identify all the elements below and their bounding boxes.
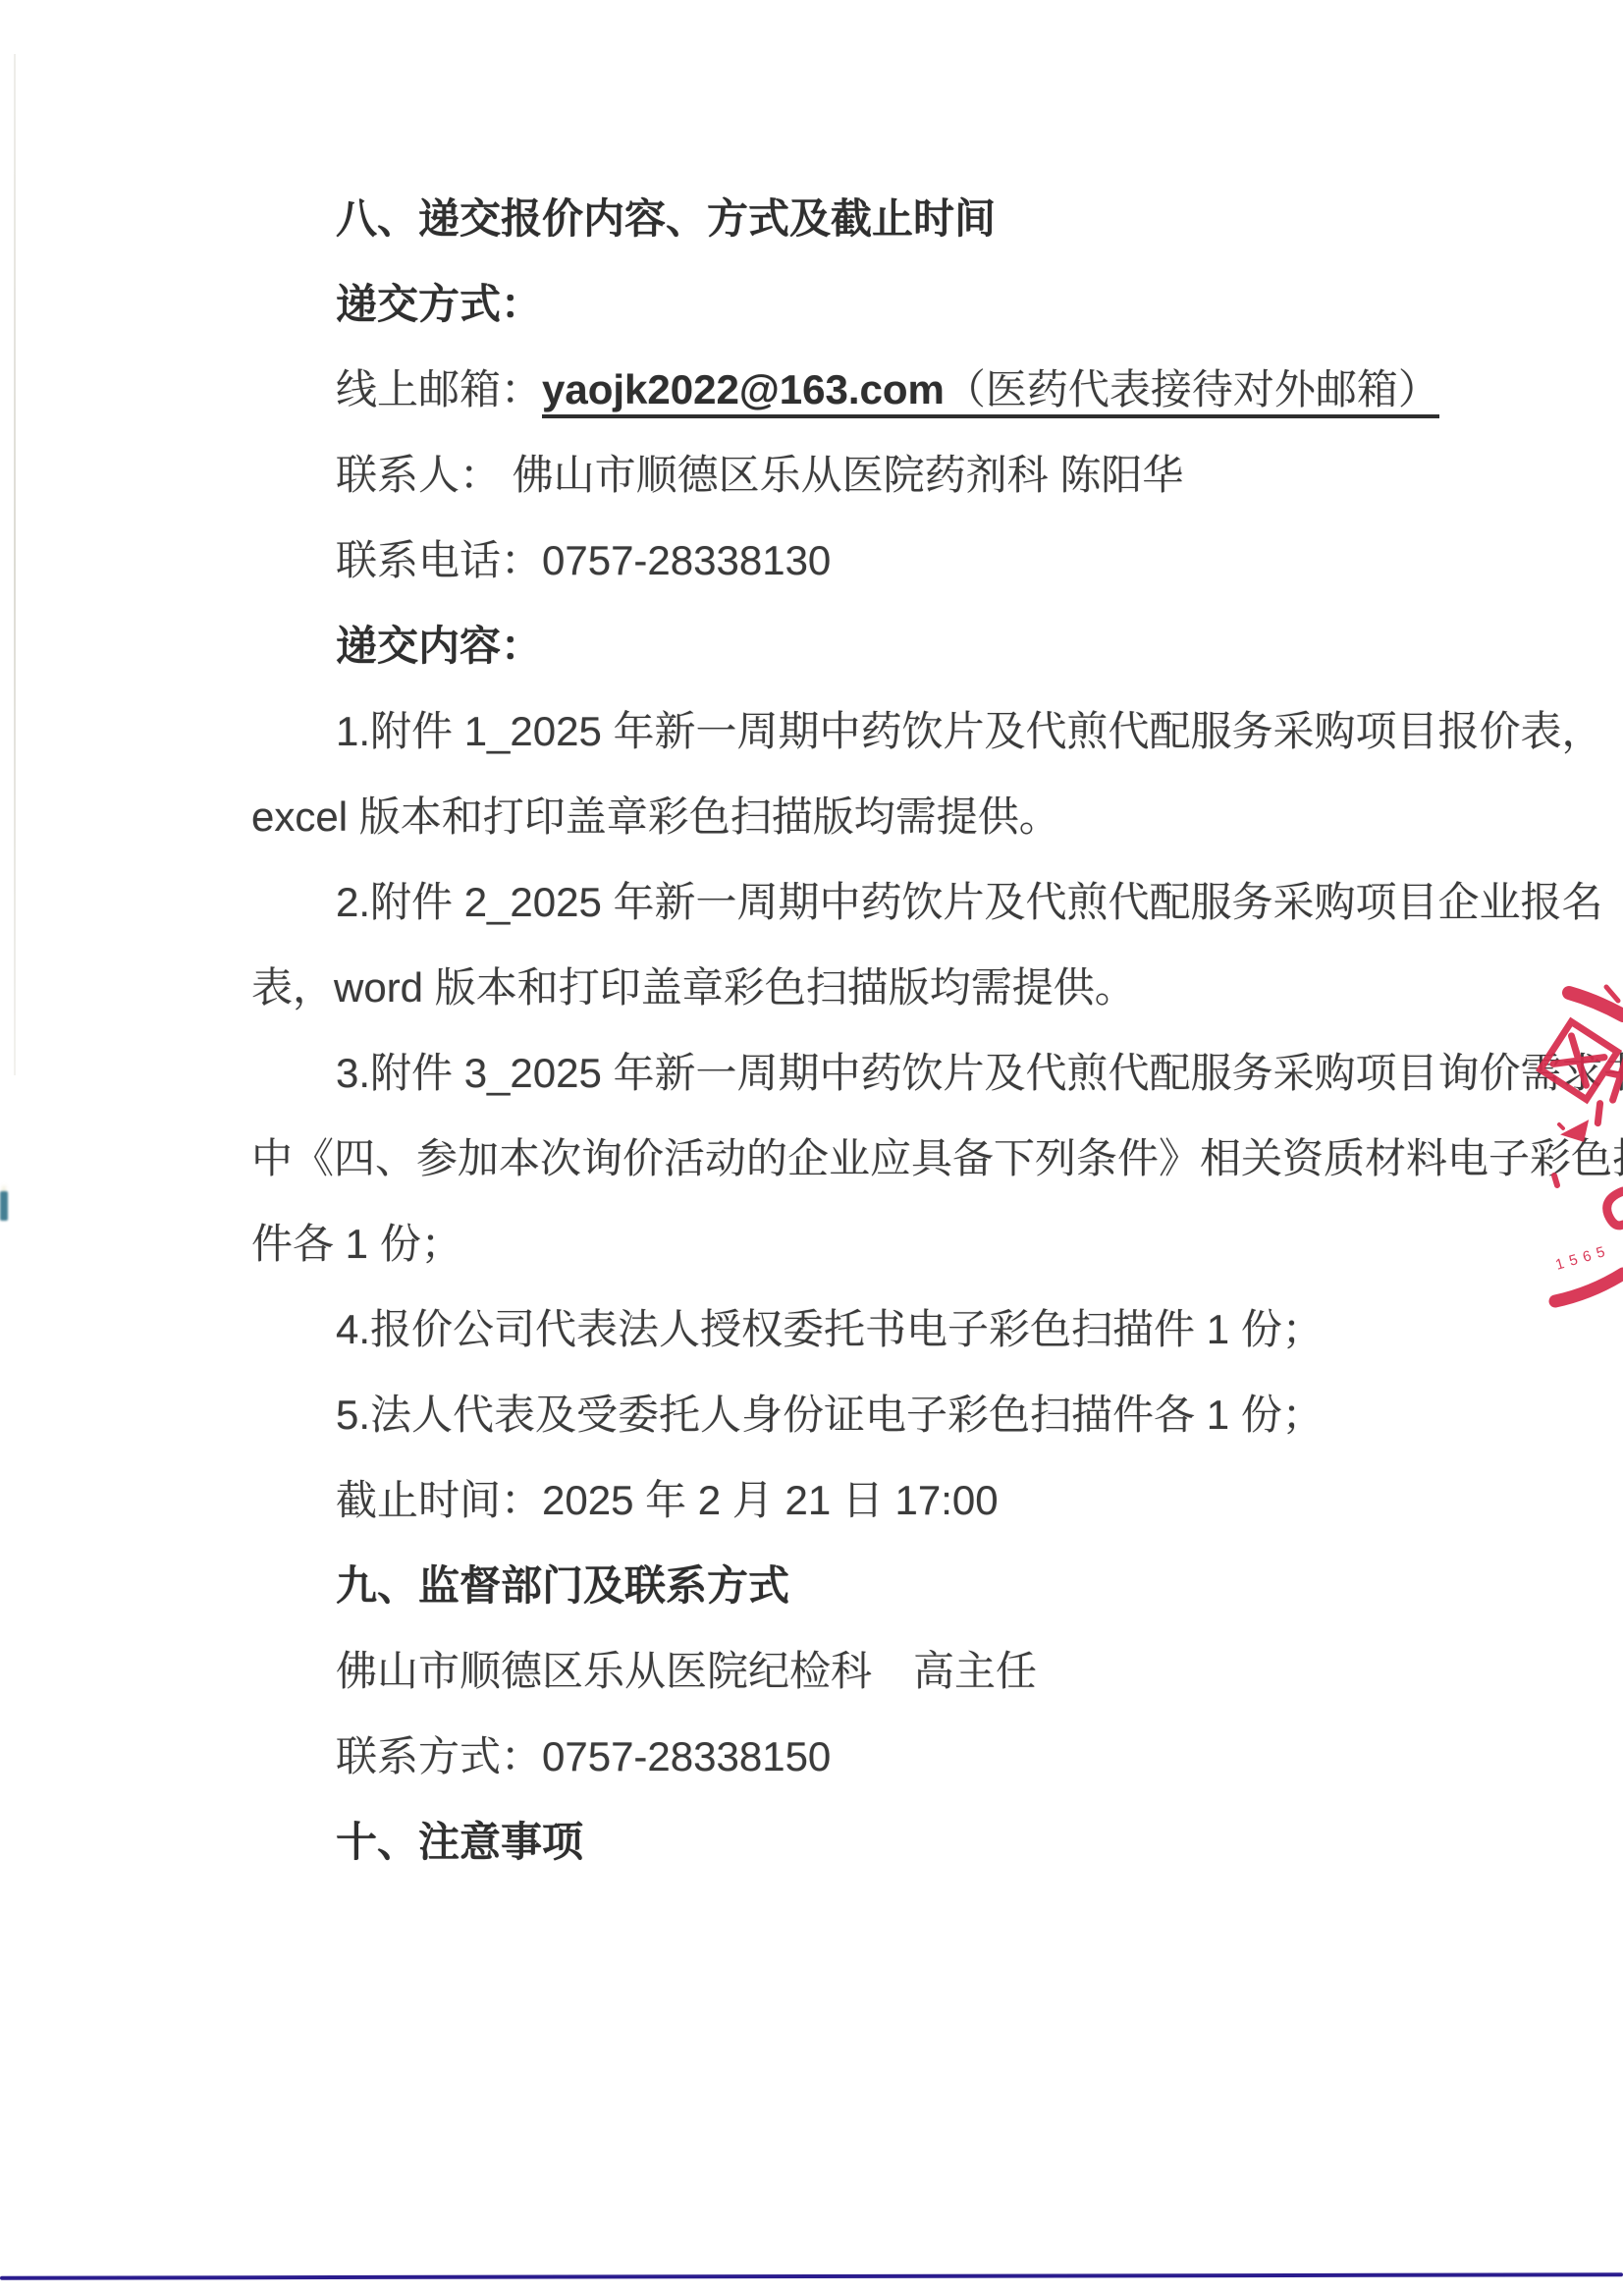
scan-bottom-edge-line <box>0 2272 1623 2279</box>
supervision-phone-line: 联系方式：0757-28338150 <box>251 1714 1430 1799</box>
item-4-line-text: 4.报价公司代表法人授权委托书电子彩色扫描件 1 份； <box>336 1306 1324 1352</box>
item-1-line-1-text: 1.附件 1_2025 年新一周期中药饮片及代煎代配服务采购项目报价表， <box>336 708 1603 754</box>
item-1-line-1: 1.附件 1_2025 年新一周期中药饮片及代煎代配服务采购项目报价表， <box>251 688 1430 774</box>
contact-person-line: 联系人： 佛山市顺德区乐从医院药剂科 陈阳华 <box>251 432 1430 518</box>
item-2-line-1-text: 2.附件 2_2025 年新一周期中药饮片及代煎代配服务采购项目企业报名 <box>336 879 1603 925</box>
section-heading-8-text: 八、递交报价内容、方式及截止时间 <box>336 195 996 242</box>
email-note: （医药代表接待对外邮箱） <box>945 366 1439 418</box>
item-5-line-text: 5.法人代表及受委托人身份证电子彩色扫描件各 1 份； <box>336 1392 1324 1438</box>
item-1-line-2-text: excel 版本和打印盖章彩色扫描版均需提供。 <box>251 793 1060 840</box>
section-heading-10: 十、注意事项 <box>251 1799 1430 1885</box>
supervision-phone-line-text: 联系方式：0757-28338150 <box>336 1733 831 1779</box>
contact-phone-line: 联系电话：0757-28338130 <box>251 518 1430 603</box>
item-3-line-2: 中《四、参加本次询价活动的企业应具备下列条件》相关资质材料电子彩色扫描 <box>251 1116 1430 1201</box>
document-text: 八、递交报价内容、方式及截止时间递交方式：线上邮箱：yaojk2022@163.… <box>251 176 1430 1885</box>
label-submission-method: 递交方式： <box>251 261 1430 347</box>
blue-ink-smudge <box>0 1191 8 1221</box>
item-2-line-2: 表，word 版本和打印盖章彩色扫描版均需提供。 <box>251 945 1430 1030</box>
label-submission-method-text: 递交方式： <box>336 281 542 327</box>
contact-person-line-text: 联系人： 佛山市顺德区乐从医院药剂科 陈阳华 <box>336 452 1183 498</box>
label-submission-content: 递交内容： <box>251 603 1430 688</box>
contact-phone-line-text: 联系电话：0757-28338130 <box>336 537 831 583</box>
email-address: yaojk2022@163.com <box>542 366 945 418</box>
section-heading-9: 九、监督部门及联系方式 <box>251 1543 1430 1628</box>
section-heading-8: 八、递交报价内容、方式及截止时间 <box>251 176 1430 261</box>
item-4-line: 4.报价公司代表法人授权委托书电子彩色扫描件 1 份； <box>251 1286 1430 1372</box>
item-5-line: 5.法人代表及受委托人身份证电子彩色扫描件各 1 份； <box>251 1372 1430 1457</box>
item-3-line-3: 件各 1 份； <box>251 1201 1430 1286</box>
scanned-document-page: 八、递交报价内容、方式及截止时间递交方式：线上邮箱：yaojk2022@163.… <box>0 0 1623 2296</box>
deadline-line: 截止时间：2025 年 2 月 21 日 17:00 <box>251 1457 1430 1543</box>
item-1-line-2: excel 版本和打印盖章彩色扫描版均需提供。 <box>251 774 1430 859</box>
item-3-line-3-text: 件各 1 份； <box>251 1221 462 1267</box>
item-2-line-1: 2.附件 2_2025 年新一周期中药饮片及代煎代配服务采购项目企业报名 <box>251 859 1430 945</box>
item-3-line-2-text: 中《四、参加本次询价活动的企业应具备下列条件》相关资质材料电子彩色扫描 <box>251 1135 1623 1181</box>
deadline-line-text: 截止时间：2025 年 2 月 21 日 17:00 <box>336 1477 999 1523</box>
email-line: 线上邮箱：yaojk2022@163.com（医药代表接待对外邮箱） <box>251 347 1430 432</box>
item-3-line-1-text: 3.附件 3_2025 年新一周期中药饮片及代煎代配服务采购项目询价需求书 <box>336 1050 1623 1096</box>
item-2-line-2-text: 表，word 版本和打印盖章彩色扫描版均需提供。 <box>251 964 1136 1011</box>
scan-edge-artifact <box>14 54 16 1075</box>
label-submission-content-text: 递交内容： <box>336 623 542 669</box>
email-label: 线上邮箱： <box>336 366 542 412</box>
section-heading-10-text: 十、注意事项 <box>336 1819 583 1865</box>
supervision-dept-line: 佛山市顺德区乐从医院纪检科 高主任 <box>251 1628 1430 1714</box>
section-heading-9-text: 九、监督部门及联系方式 <box>336 1562 789 1609</box>
supervision-dept-line-text: 佛山市顺德区乐从医院纪检科 高主任 <box>336 1648 1037 1694</box>
item-3-line-1: 3.附件 3_2025 年新一周期中药饮片及代煎代配服务采购项目询价需求书 <box>251 1030 1430 1116</box>
stamp-serial-text: 1565 <box>1553 1242 1612 1274</box>
